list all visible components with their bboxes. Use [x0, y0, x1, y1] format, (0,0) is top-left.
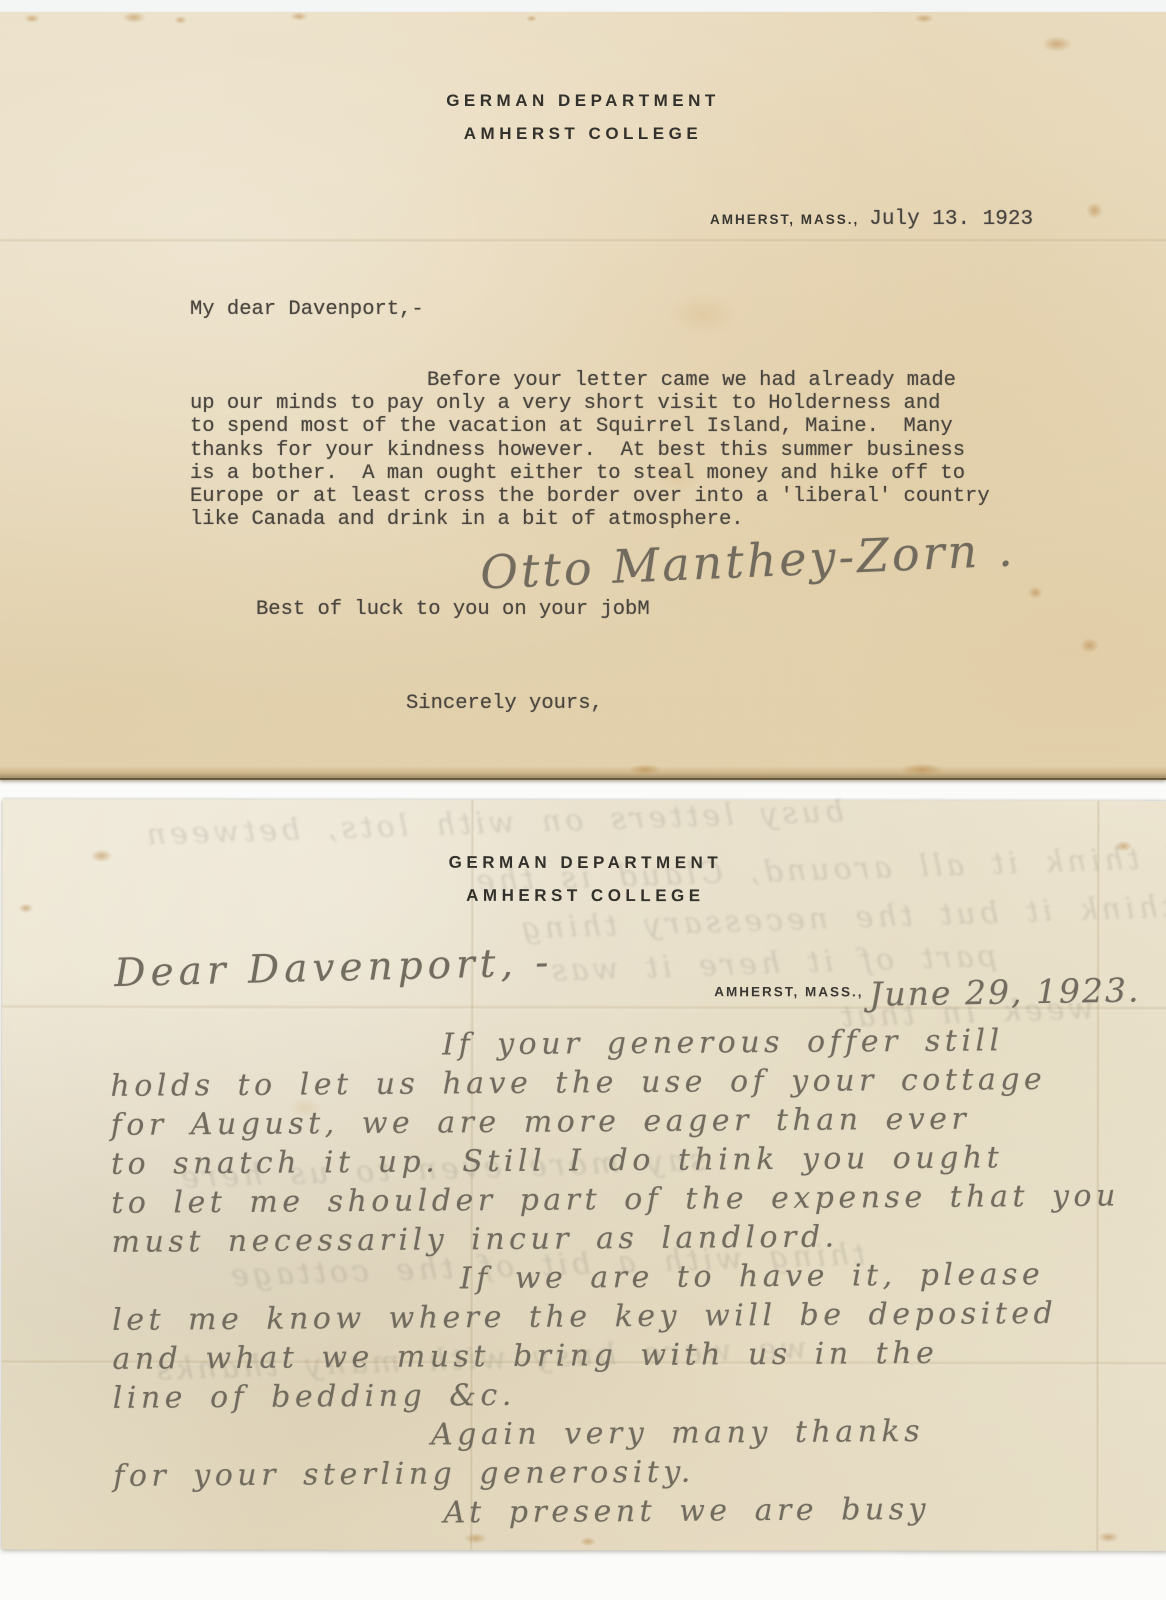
handwritten-line: let me know where the key will be deposi…: [112, 1293, 1152, 1340]
handwritten-line: holds to let us have the use of your cot…: [110, 1059, 1150, 1106]
letterhead-college: AMHERST COLLEGE: [0, 117, 1166, 150]
letterhead: GERMAN DEPARTMENT AMHERST COLLEGE: [2, 845, 1166, 913]
letterhead-department: GERMAN DEPARTMENT: [0, 84, 1166, 117]
fox-stain: [1042, 36, 1072, 52]
typed-letter-body: My dear Davenport,- Before your letter c…: [190, 252, 1110, 762]
salutation: Dear Davenport, -: [114, 940, 554, 996]
typed-line: is a bother. A man ought either to steal…: [190, 462, 1110, 485]
fox-stain: [1086, 202, 1103, 219]
fox-stain: [24, 14, 40, 23]
letterhead-department: GERMAN DEPARTMENT: [2, 845, 1166, 880]
fox-stain: [526, 15, 537, 22]
fox-stain: [122, 12, 146, 23]
letterhead-college: AMHERST COLLEGE: [2, 878, 1166, 913]
typed-line: Europe or at least cross the border over…: [190, 485, 1110, 508]
fox-stain: [900, 763, 944, 776]
typed-date: July 13. 1923: [869, 208, 1033, 231]
typed-line: to spend most of the vacation at Squirre…: [190, 415, 1110, 438]
typed-line: Before your letter came we had already m…: [190, 369, 1110, 392]
handwritten-line: to let me shoulder part of the expense t…: [111, 1176, 1151, 1223]
printed-place: AMHERST, MASS.,: [710, 212, 859, 227]
salutation: My dear Davenport,-: [190, 298, 1110, 321]
printed-place: AMHERST, MASS.,: [714, 984, 863, 999]
fox-stain: [1097, 1532, 1119, 1543]
fold-crease: [0, 238, 1166, 243]
fox-stain: [463, 1533, 487, 1544]
typed-paragraph: Before your letter came we had already m…: [190, 369, 1110, 531]
closing-line: Best of luck to you on your jobM: [190, 598, 1110, 621]
dateline: AMHERST, MASS.,June 29, 1923.: [714, 972, 1141, 1012]
fox-stain: [579, 1537, 596, 1546]
fox-stain: [290, 12, 308, 21]
handwritten-date: June 29, 1923.: [869, 970, 1141, 1013]
letter-handwritten-june-1923: busy letters on with lots, betweenI thin…: [1, 799, 1166, 1551]
handwritten-line: At present we are busy: [113, 1488, 1153, 1535]
fox-stain: [914, 14, 934, 23]
valediction: Sincerely yours,: [190, 692, 1110, 715]
dateline: AMHERST, MASS.,July 13. 1923: [710, 208, 1033, 231]
fox-stain: [174, 16, 187, 24]
bleedthrough-line: busy letters on with lots, between: [142, 794, 844, 852]
typed-line: up our minds to pay only a very short vi…: [190, 392, 1110, 415]
letter-typed-july-1923: GERMAN DEPARTMENT AMHERST COLLEGE AMHERS…: [0, 12, 1166, 780]
letterhead: GERMAN DEPARTMENT AMHERST COLLEGE: [0, 84, 1166, 150]
handwritten-letter-body: If your generous offer stillholds to let…: [110, 1020, 1154, 1535]
scanned-letters-page: GERMAN DEPARTMENT AMHERST COLLEGE AMHERS…: [0, 0, 1166, 1600]
fox-stain: [628, 764, 662, 775]
typed-line: thanks for your kindness however. At bes…: [190, 439, 1110, 462]
